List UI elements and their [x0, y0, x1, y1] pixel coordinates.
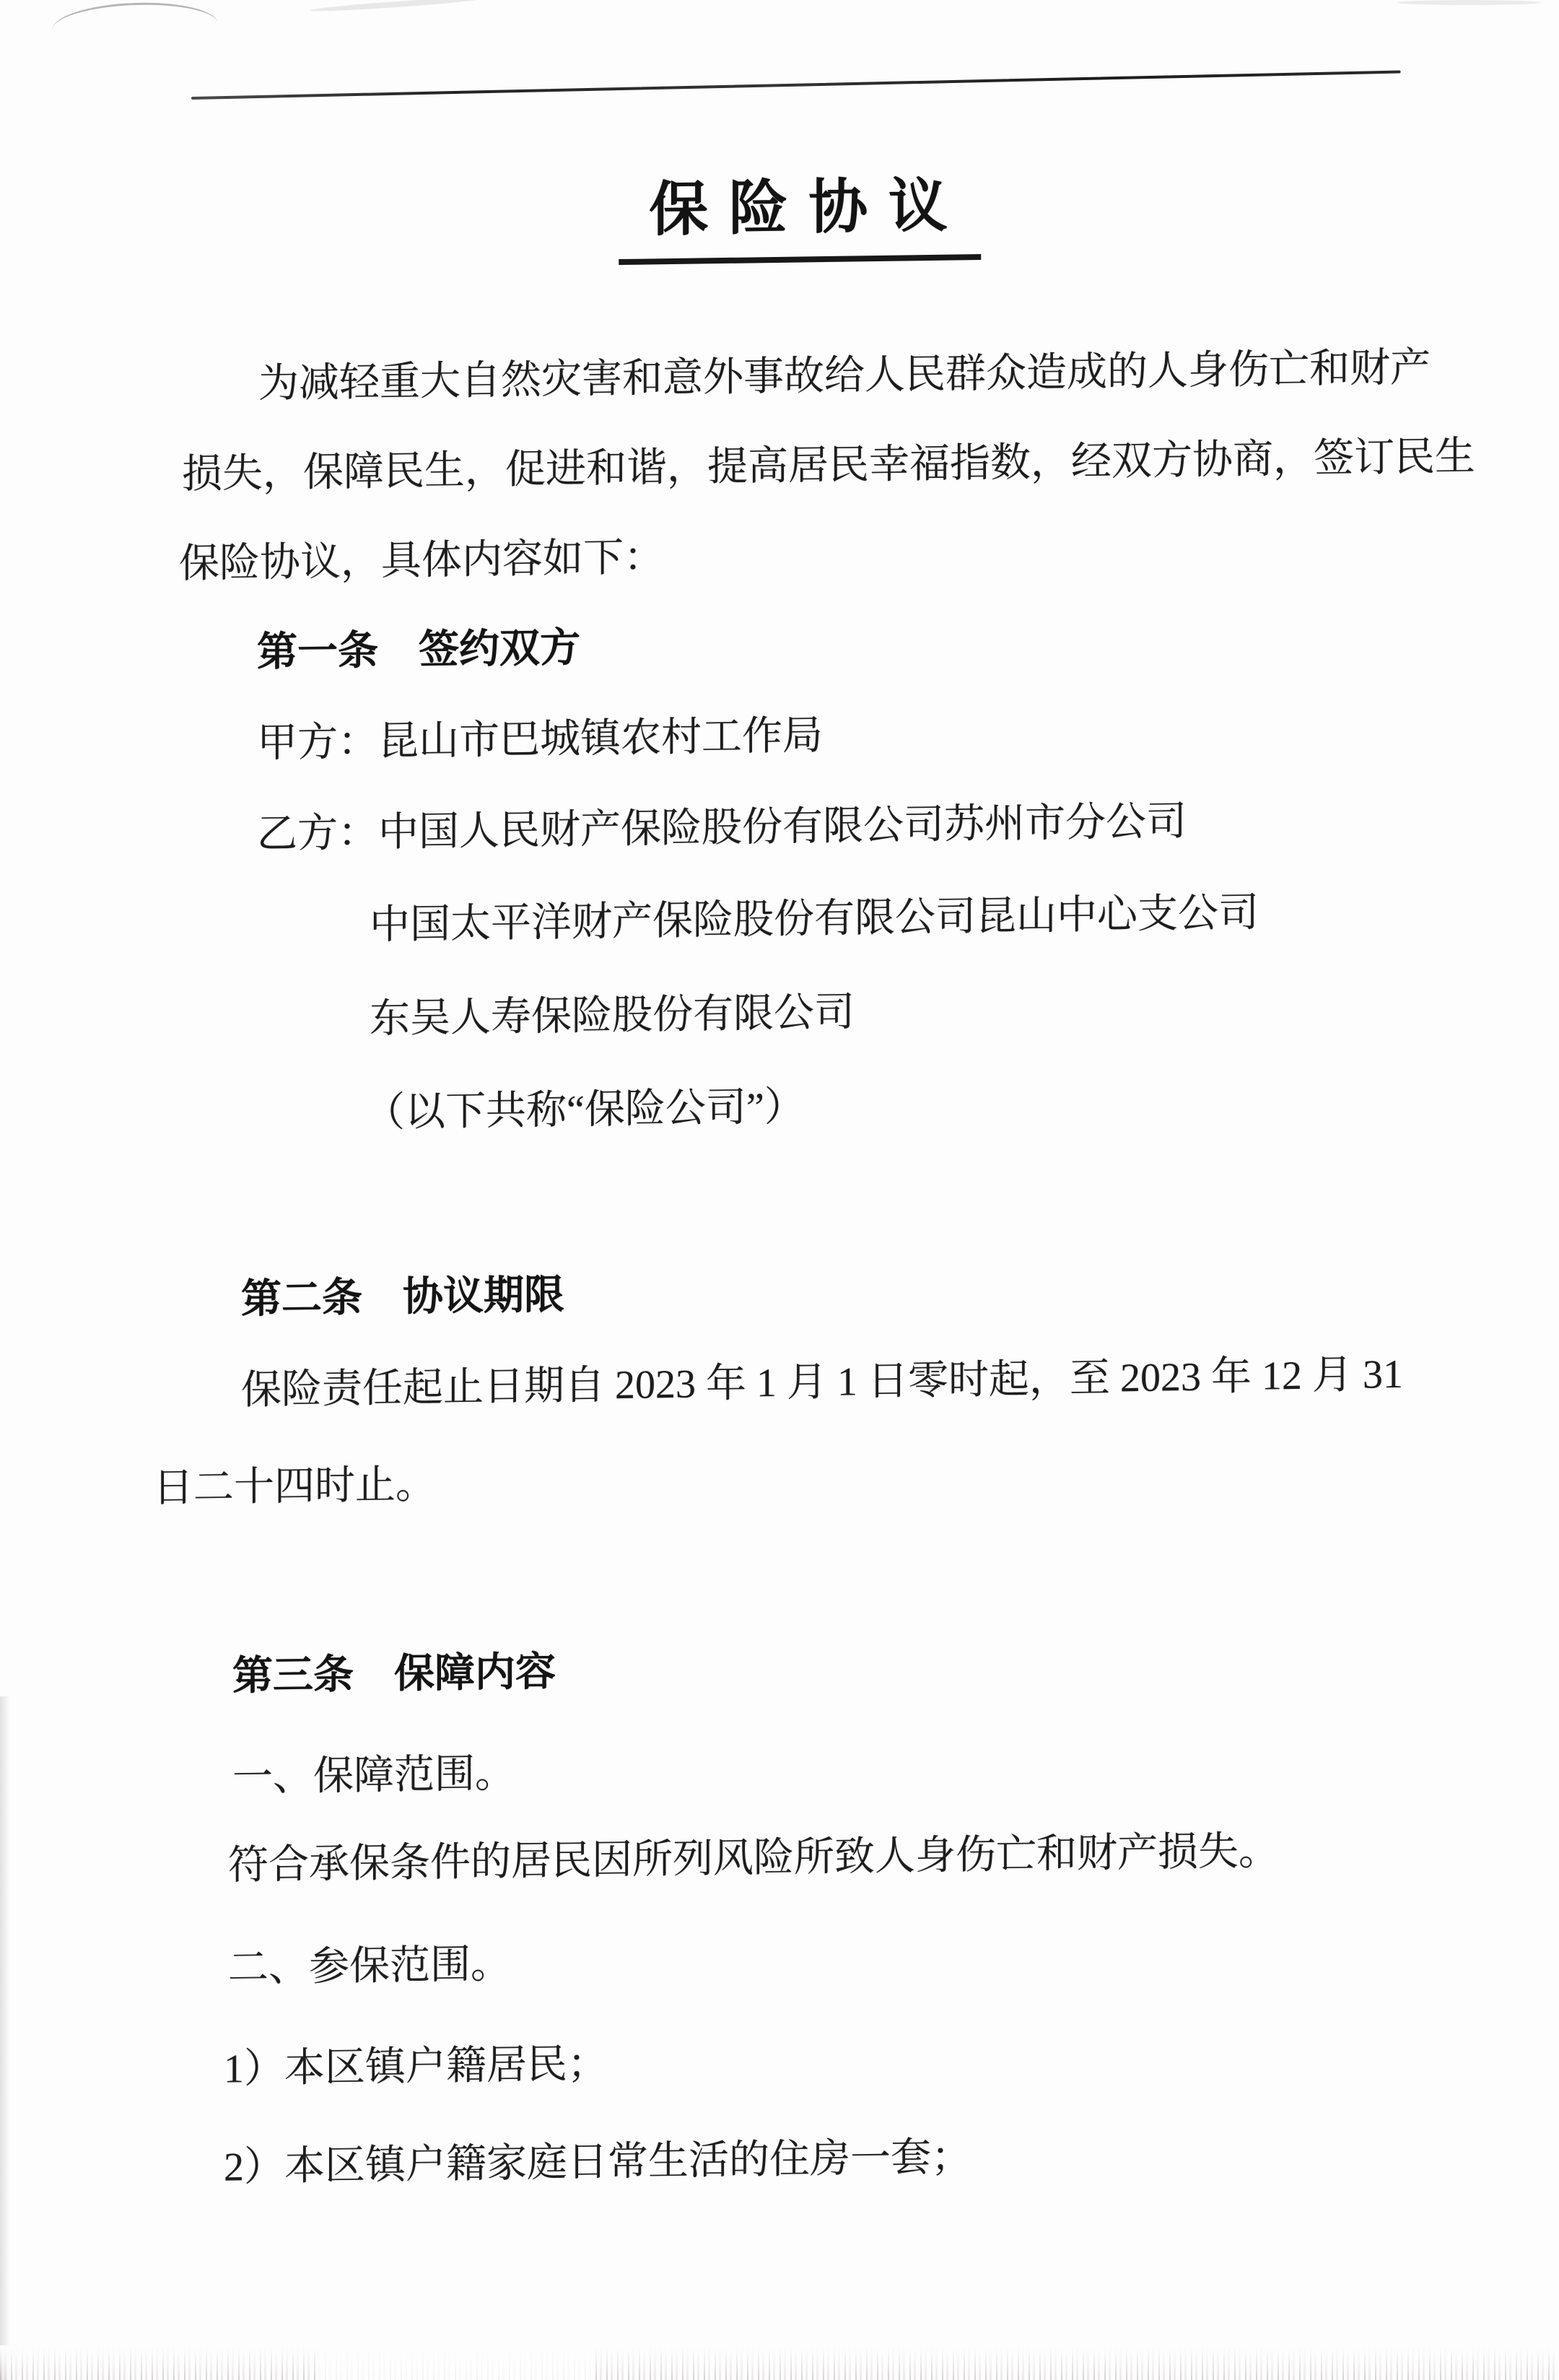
scan-bottom-noise-artifact [0, 2345, 1559, 2380]
article3-subitem-line: 2）本区镇户籍家庭日常生活的住房一套； [224, 2133, 971, 2192]
party-b-line: 东吴人寿保险股份有限公司 [370, 988, 855, 1044]
party-a-line: 甲方：昆山市巴城镇农村工作局 [257, 712, 823, 768]
intro-line: 为减轻重大自然灾害和意外事故给人民群众造成的人身伤亡和财产 [258, 344, 1431, 409]
article2-heading: 第二条 协议期限 [241, 1271, 564, 1324]
article3-heading: 第三条 保障内容 [232, 1648, 556, 1701]
party-b-line: 中国太平洋财产保险股份有限公司昆山中心支公司 [370, 889, 1259, 950]
article2-line: 日二十四时止。 [153, 1461, 436, 1514]
article1-heading: 第一条 签约双方 [257, 624, 580, 677]
party-b-line: 乙方：中国人民财产保险股份有限公司苏州市分公司 [257, 798, 1187, 859]
article3-line: 二、参保范围。 [228, 1940, 511, 1993]
article2-line: 保险责任起止日期自 2023 年 1 月 1 日零时起，至 2023 年 12 … [241, 1351, 1403, 1416]
article3-line: 符合承保条件的居民因所列风险所致人身伤亡和财产损失。 [228, 1827, 1279, 1891]
document-content: 保 险 协 议 为减轻重大自然灾害和意外事故给人民群众造成的人身伤亡和财产 损失… [0, 0, 1559, 2380]
scanned-document-page: 保 险 协 议 为减轻重大自然灾害和意外事故给人民群众造成的人身伤亡和财产 损失… [0, 0, 1559, 2380]
intro-line: 损失，保障民生，促进和谐，提高居民幸福指数，经双方协商，签订民生 [182, 432, 1475, 499]
article3-subitem-line: 1）本区镇户籍居民； [224, 2040, 608, 2094]
document-title: 保 险 协 议 [619, 170, 981, 265]
intro-line: 保险协议，具体内容如下： [179, 533, 664, 589]
article3-line: 一、保障范围。 [232, 1750, 515, 1803]
party-b-note-line: （以下共称“保险公司”） [364, 1083, 805, 1138]
